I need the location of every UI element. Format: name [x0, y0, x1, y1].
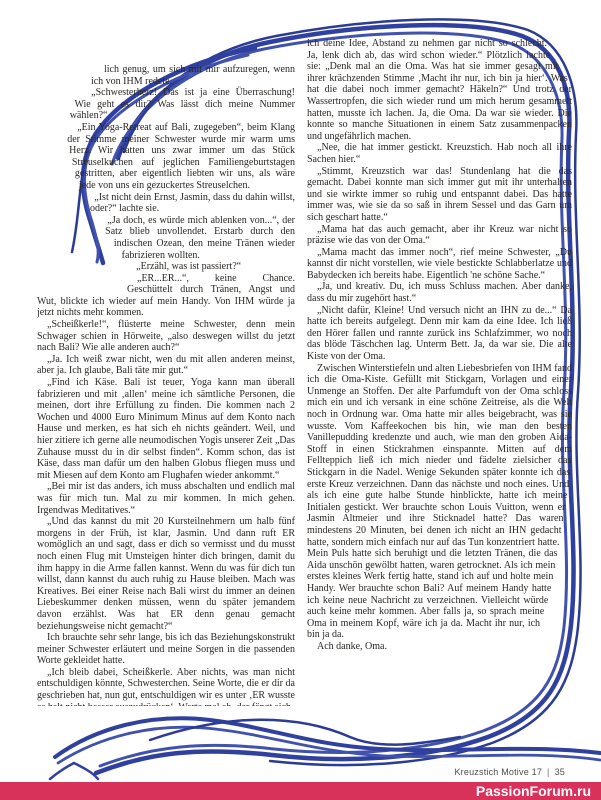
journal-title: Kreuzstich Motive 17 [454, 767, 542, 777]
watermark-bar: PassionForum.ru [0, 782, 601, 800]
paragraph: „Mama macht das immer noch“, rief meine … [307, 247, 575, 282]
paragraph: „Ich bleib dabei, Scheißkerle. Aber nich… [37, 667, 295, 706]
right-text-column: ich deine Idee, Abstand zu nehmen gar ni… [307, 38, 575, 732]
paragraph: „Und das kannst du mit 20 Kursteilnehmer… [37, 516, 295, 632]
paragraph: Ich brauchte sehr sehr lange, bis ich da… [37, 632, 295, 667]
left-text-column: lich genug, um sich mit mir aufzuregen, … [37, 64, 295, 706]
watermark-text: PassionForum.ru [476, 782, 601, 800]
magazine-page: lich genug, um sich mit mir aufzuregen, … [0, 0, 601, 800]
footer-separator: | [547, 767, 550, 777]
paragraph: Zwischen Winterstiefeln und alten Liebes… [307, 363, 575, 641]
paragraph: ich deine Idee, Abstand zu nehmen gar ni… [307, 38, 575, 142]
paragraph: „Scheißkerle!“, flüsterte meine Schweste… [37, 319, 295, 354]
paragraph: „Ja. Ich weiß zwar nicht, wen du mit all… [37, 354, 295, 377]
paragraph: „Bei mir ist das anders, ich muss abscha… [37, 481, 295, 516]
page-footer: Kreuzstich Motive 17|35 [454, 767, 565, 777]
paragraph: „Find ich Käse. Bali ist teuer, Yoga kan… [37, 377, 295, 481]
page-number: 35 [555, 767, 565, 777]
